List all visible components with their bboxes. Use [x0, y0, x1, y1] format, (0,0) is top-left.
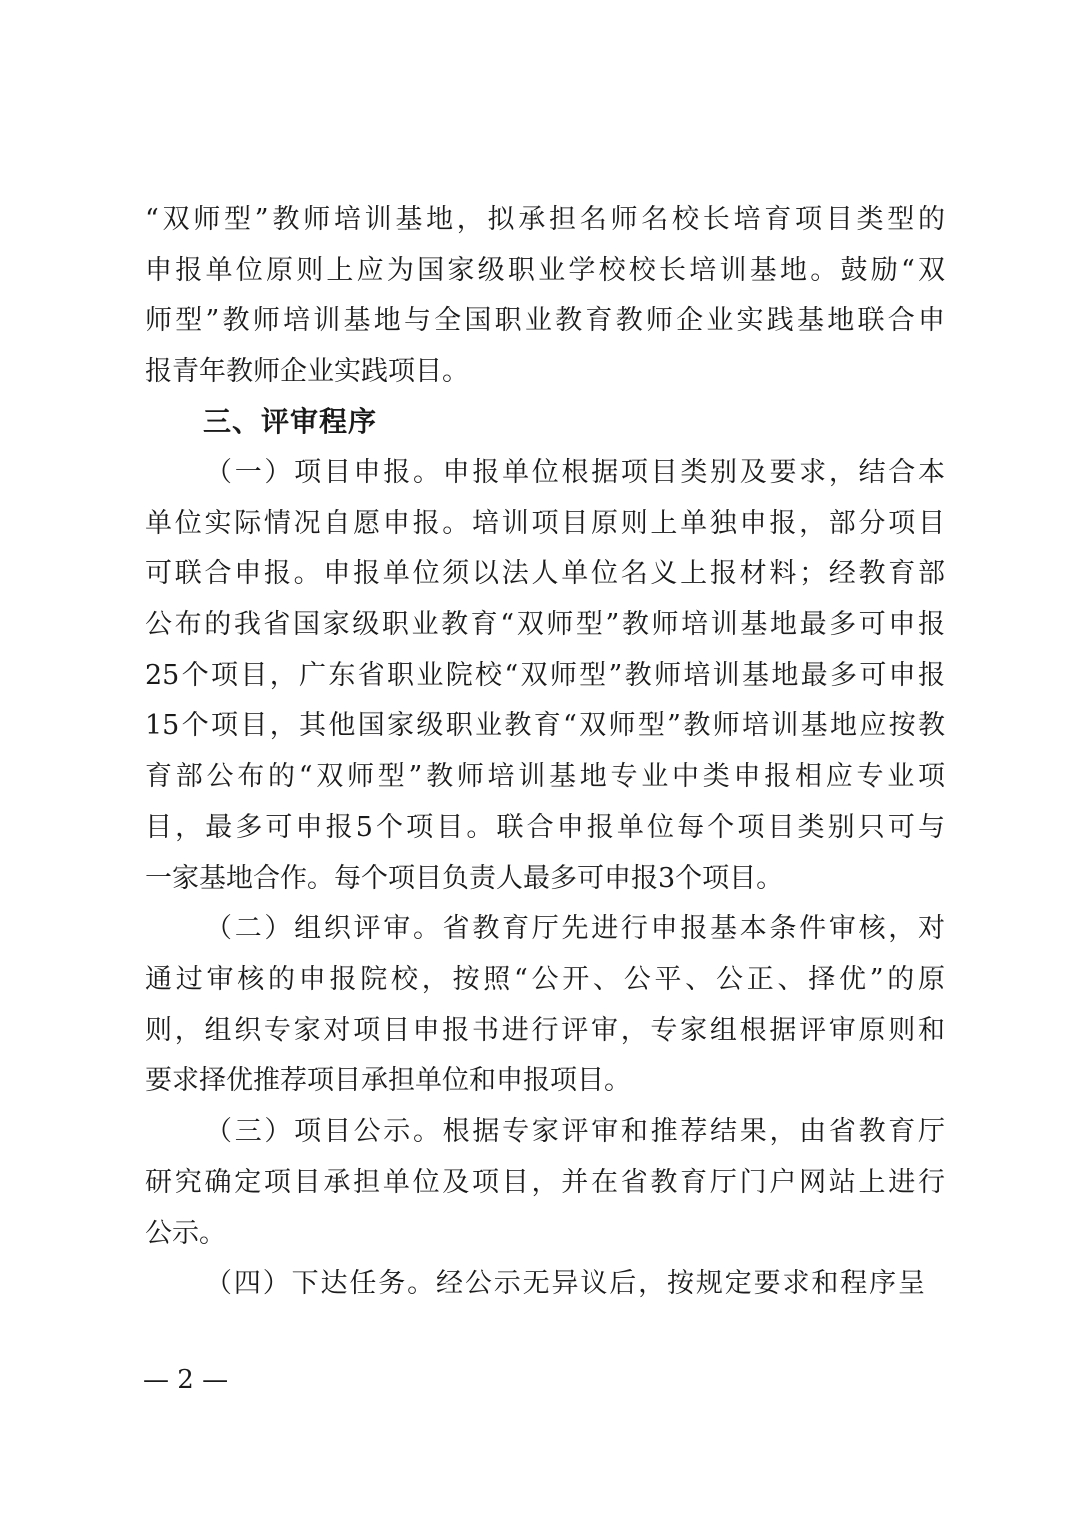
- text-line: 师型”教师培训基地与全国职业教育教师企业实践基地联合申: [145, 301, 945, 341]
- text-line: 要求择优推荐项目承担单位和申报项目。: [145, 1061, 945, 1101]
- text-line: 可联合申报。申报单位须以法人单位名义上报材料；经教育部: [145, 554, 945, 594]
- text-line: 研究确定项目承担单位及项目，并在省教育厅门户网站上进行: [145, 1163, 945, 1203]
- text-line: 育部公布的“双师型”教师培训基地专业中类申报相应专业项: [145, 757, 945, 797]
- text-line: （二）组织评审。省教育厅先进行申报基本条件审核，对: [205, 909, 945, 949]
- text-line: 公布的我省国家级职业教育“双师型”教师培训基地最多可申报: [145, 605, 945, 645]
- page-number: — 2 —: [143, 1362, 228, 1398]
- text-line: 通过审核的申报院校，按照“公开、公平、公正、择优”的原: [145, 960, 945, 1000]
- text-line: （一）项目申报。申报单位根据项目类别及要求，结合本: [205, 453, 945, 493]
- text-line: （三）项目公示。根据专家评审和推荐结果，由省教育厅: [205, 1112, 945, 1152]
- text-line: 25个项目，广东省职业院校“双师型”教师培训基地最多可申报: [145, 656, 945, 696]
- text-line: 目，最多可申报5个项目。联合申报单位每个项目类别只可与: [145, 808, 945, 848]
- text-line: 公示。: [145, 1214, 945, 1254]
- text-line: 15个项目，其他国家级职业教育“双师型”教师培训基地应按教: [145, 706, 945, 746]
- text-line: 单位实际情况自愿申报。培训项目原则上单独申报，部分项目: [145, 504, 945, 544]
- document-page: “双师型”教师培训基地，拟承担名师名校长培育项目类型的 申报单位原则上应为国家级…: [0, 0, 1080, 1526]
- text-line: 一家基地合作。每个项目负责人最多可申报3个项目。: [145, 859, 945, 899]
- section-heading: 三、评审程序: [203, 402, 377, 442]
- text-line: “双师型”教师培训基地，拟承担名师名校长培育项目类型的: [145, 200, 945, 240]
- text-line: 则，组织专家对项目申报书进行评审，专家组根据评审原则和: [145, 1011, 945, 1051]
- text-line: 申报单位原则上应为国家级职业学校校长培训基地。鼓励“双: [145, 251, 945, 291]
- text-line: （四）下达任务。经公示无异议后，按规定要求和程序呈: [205, 1264, 925, 1304]
- text-line: 报青年教师企业实践项目。: [145, 352, 945, 392]
